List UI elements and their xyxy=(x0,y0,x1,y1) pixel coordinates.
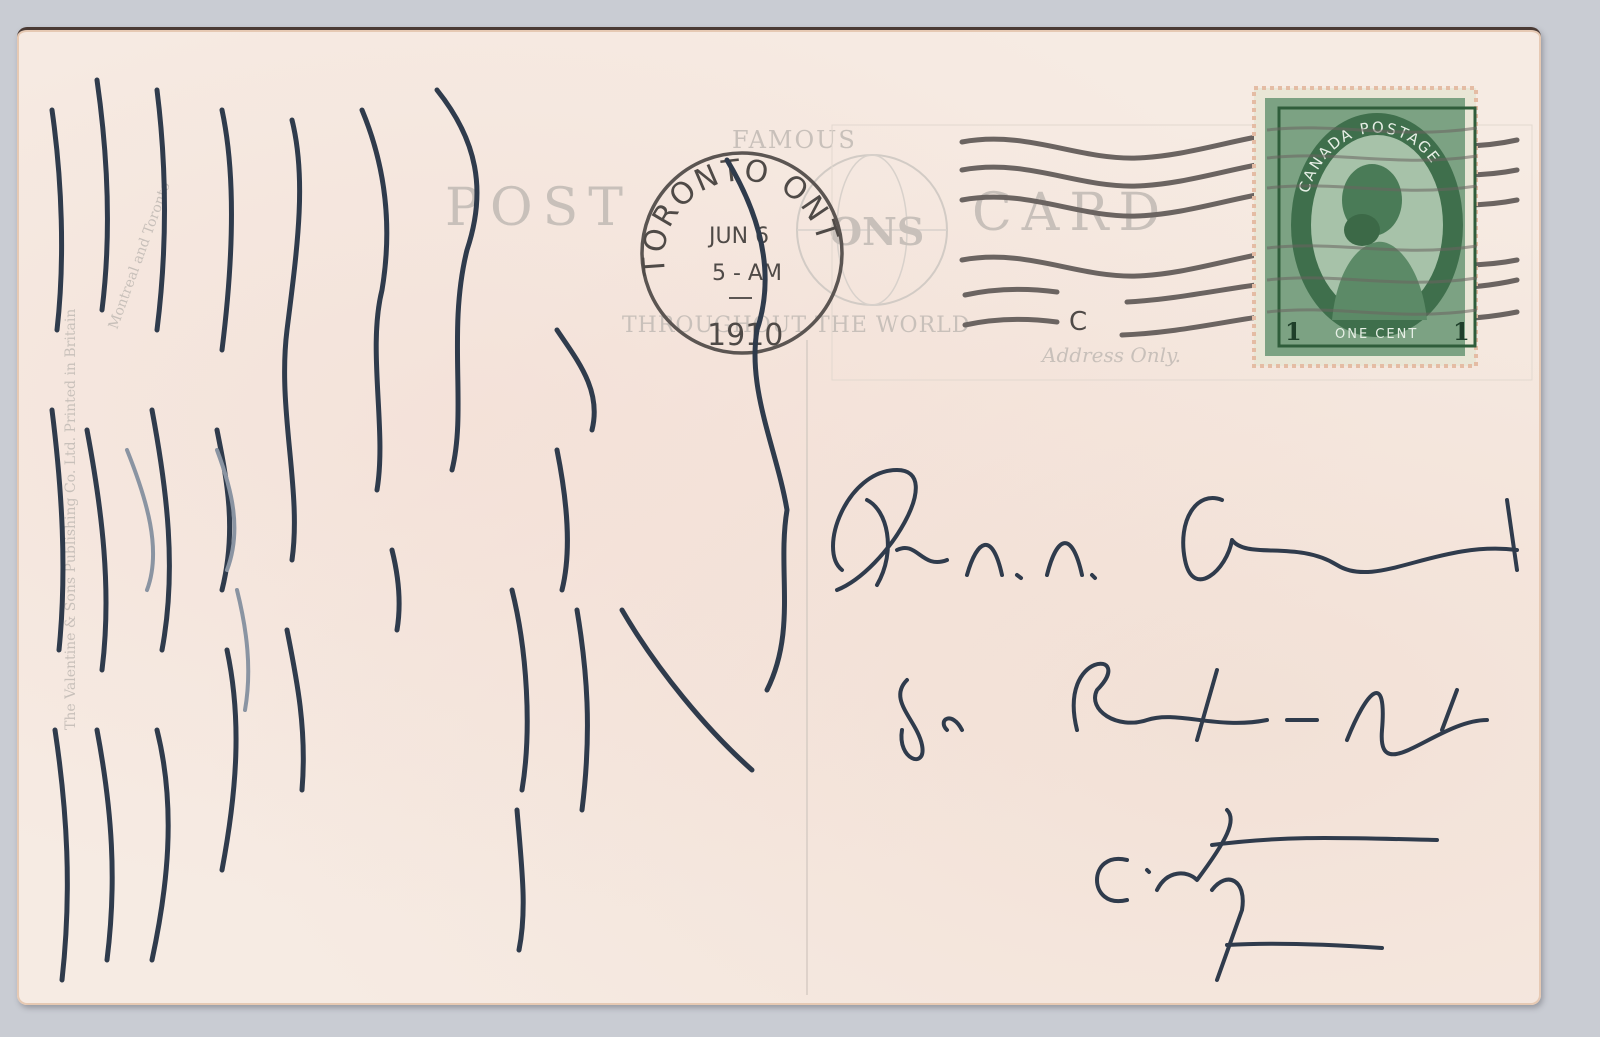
cancel-letter: C xyxy=(1069,307,1087,337)
printed-brand-top: FAMOUS xyxy=(732,126,857,154)
postcard-back: POST CARD FAMOUS ONS THROUGHOUT THE WORL… xyxy=(17,27,1541,1005)
printed-card-word: CARD xyxy=(972,183,1170,243)
printed-address-label: Address Only. xyxy=(1040,343,1181,367)
postmark-time: 5 - AM xyxy=(712,261,782,286)
stamp-bottom-text: ONE CENT xyxy=(1335,327,1418,342)
postcard-artwork: POST CARD FAMOUS ONS THROUGHOUT THE WORL… xyxy=(17,30,1541,1005)
postmark-city: TORONTO ONT xyxy=(637,153,846,278)
address-handwriting xyxy=(833,470,1517,980)
postmark-year: 1910 xyxy=(707,318,783,353)
stamp-denomination-right: 1 xyxy=(1453,317,1470,346)
stamp-denomination-left: 1 xyxy=(1285,317,1302,346)
side-imprint: The Valentine & Sons Publishing Co. Ltd.… xyxy=(63,309,79,730)
